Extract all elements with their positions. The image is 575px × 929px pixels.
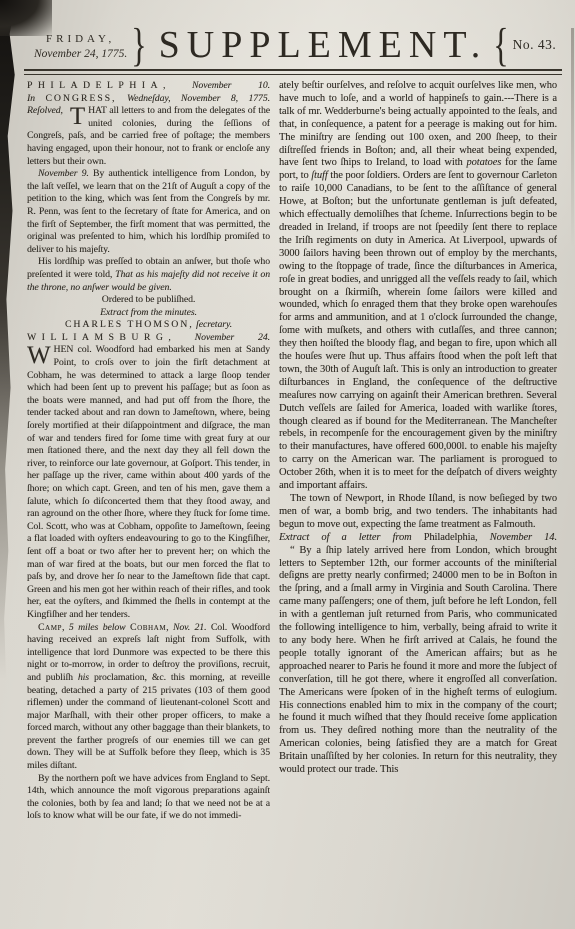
text-run: Extract from the minutes.	[100, 307, 197, 318]
text-run: November 9.	[38, 168, 93, 179]
ordered-line: Ordered to be publiſhed.	[27, 294, 270, 307]
text-run: November 10.	[192, 80, 270, 91]
text-run: ,	[163, 80, 192, 91]
london-news-continued: ately beſtir ourſelves, and reſolve to a…	[279, 80, 557, 493]
masthead-issue-block: { No. 43.	[489, 27, 556, 64]
page-title: SUPPLEMENT.	[159, 24, 488, 66]
text-run: ately beſtir ourſelves, and reſolve to a…	[279, 80, 557, 168]
text-run: The town of Newport, in Rhode Iſland, is…	[279, 493, 557, 530]
text-run: potatoes	[466, 157, 501, 168]
dateline-congress: In CONGRESS, Wedneſday, November 8, 1775…	[27, 93, 270, 106]
masthead-date: November 24, 1775.	[34, 47, 127, 62]
issue-number: No. 43.	[513, 37, 557, 53]
dateline-philadelphia: PHILADELPHIA, November 10.	[27, 80, 270, 93]
text-run: CONGRESS,	[45, 93, 116, 104]
masthead-double-rule	[24, 69, 562, 75]
camp-cobham-report: Camp, 5 miles below Cobham, Nov. 21. Col…	[27, 622, 270, 773]
text-run: HEN col. Woodford had embarked his men a…	[27, 344, 270, 619]
masthead-date-block: FRIDAY, November 24, 1775.	[34, 32, 127, 61]
philadelphia-letter: “ By a ſhip lately arrived here from Lon…	[279, 545, 557, 777]
congress-resolution: Reſolved,THAT all letters to and from th…	[27, 105, 270, 168]
northern-post-news: By the northern poſt we have advices fro…	[27, 773, 270, 823]
dateline-williamsburg: WILLIAMSBURG, November 24.	[27, 332, 270, 345]
page-edge-shadow	[571, 28, 574, 248]
text-run: In	[27, 93, 45, 104]
text-run: Philadelphia,	[424, 532, 490, 543]
text-run: Camp	[38, 622, 62, 633]
text-run: “ By a ſhip lately arrived here from Lon…	[279, 545, 557, 775]
torn-edge	[0, 0, 16, 680]
text-run: By the northern poſt we have advices fro…	[27, 773, 270, 822]
dropcap: W	[27, 344, 54, 367]
text-run: CHARLES THOMSON,	[65, 319, 194, 330]
text-run: the poor ſoldiers. Orders are ſent to go…	[279, 170, 557, 491]
text-run: ſtuff	[311, 170, 328, 181]
text-run: ſecretary.	[196, 319, 232, 330]
signature-thomson: CHARLES THOMSON, ſecretary.	[27, 319, 270, 332]
right-brace-glyph: {	[493, 18, 508, 72]
text-run: ,	[166, 622, 173, 633]
text-run: proclamation, &c. this morning, at revei…	[27, 672, 270, 771]
text-run: his	[78, 672, 89, 683]
text-run: HAT all letters to and from the delegate…	[27, 105, 270, 166]
text-run: November 14.	[490, 532, 557, 543]
woodford-report: WHEN col. Woodford had embarked his men …	[27, 344, 270, 621]
newspaper-page: FRIDAY, November 24, 1775. } SUPPLEMENT.…	[0, 0, 575, 929]
text-run: Cobham	[130, 622, 166, 633]
text-run: Ordered to be publiſhed.	[102, 294, 196, 305]
text-run: 5 miles below	[69, 622, 130, 633]
dropcap: T	[70, 105, 88, 128]
column-right: ately beſtir ourſelves, and reſolve to a…	[279, 80, 557, 892]
news-november-9: November 9. By authentick intelligence f…	[27, 168, 270, 256]
text-run: PHILADELPHIA	[27, 80, 163, 91]
newport-news: The town of Newport, in Rhode Iſland, is…	[279, 493, 557, 532]
extract-letter-line: Extract of a letter from Philadelphia, N…	[279, 532, 557, 545]
text-run: Wedneſday, November 8, 1775.	[127, 93, 270, 104]
columns: PHILADELPHIA, November 10.In CONGRESS, W…	[27, 80, 557, 892]
left-brace-glyph: }	[131, 18, 146, 72]
torn-corner	[0, 0, 52, 36]
petition-answer: His lordſhip was preſſed to obtain an an…	[27, 256, 270, 294]
text-run: November 24.	[195, 332, 270, 343]
text-run: By authentick intelligence from London, …	[27, 168, 270, 255]
text-run: ,	[62, 622, 69, 633]
text-run	[116, 93, 126, 104]
text-run: Nov. 21.	[173, 622, 207, 633]
masthead: FRIDAY, November 24, 1775. } SUPPLEMENT.…	[34, 24, 563, 66]
lead-word: Reſolved,	[27, 105, 63, 118]
column-left: PHILADELPHIA, November 10.In CONGRESS, W…	[27, 80, 270, 888]
text-run: WILLIAMSBURG	[27, 332, 168, 343]
extract-minutes-line: Extract from the minutes.	[27, 307, 270, 320]
text-run: ,	[168, 332, 194, 343]
text-run: Extract of a letter from	[279, 532, 424, 543]
